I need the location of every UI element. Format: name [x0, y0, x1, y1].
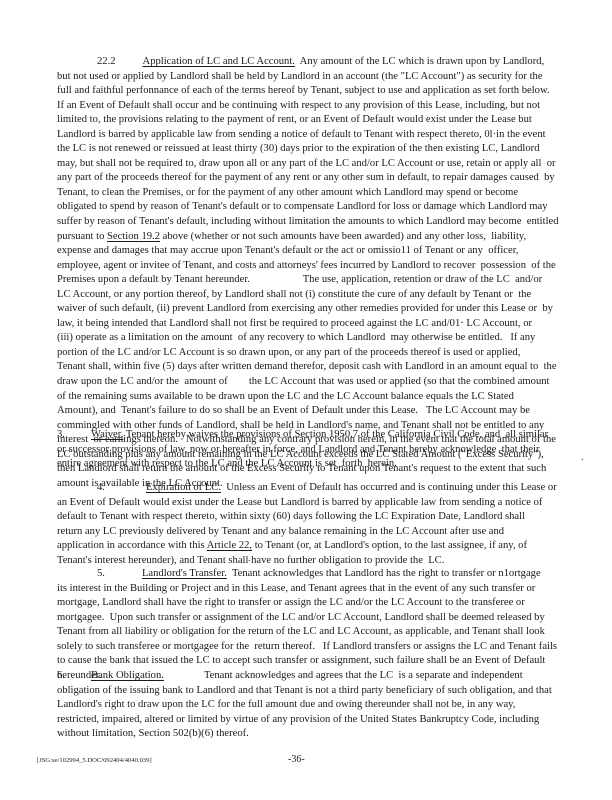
text-line: obligation of the issuing bank to Landlo…	[57, 684, 553, 699]
text-line: limited to, the provisions relating to t…	[57, 113, 553, 128]
text-line: application in accordance with this Arti…	[57, 539, 553, 554]
section-22-2: 22.2Application of LC and LC Account. An…	[57, 55, 553, 491]
text-line: without limitation, Section 502(b)(6) th…	[57, 727, 553, 742]
section-heading: Landlord's Transfer.	[142, 568, 227, 579]
text-line: mortgagee. Upon such transfer or assignm…	[57, 611, 553, 626]
section-heading: Bank Obligation.	[91, 670, 164, 681]
page-number: -36-	[288, 754, 305, 765]
stray-mark: .	[581, 452, 584, 463]
text-line: the LC is not renewed or reissued at lea…	[57, 142, 553, 157]
text-line: solely to such transferee or mortgagee f…	[57, 640, 553, 655]
text-line: but not used or applied by Landlord shal…	[57, 70, 553, 85]
text-line: or successor provisions of law, now or h…	[57, 443, 553, 458]
section-number: 4.	[97, 482, 105, 493]
text-line: entire agreement with respect to the LC …	[57, 457, 553, 472]
section-number: 5.	[97, 568, 105, 579]
text-line: Premises upon a default by Tenant hereun…	[57, 273, 553, 288]
text-line: Tenant from all liability or obligation …	[57, 625, 553, 640]
stray-mark: .	[248, 553, 251, 564]
text-line: Tenant, to clean the Premises, or for th…	[57, 186, 553, 201]
text-line: an Event of Default would exist under th…	[57, 496, 553, 511]
text-line: of the remaining sums available to be dr…	[57, 390, 553, 405]
text-line: law, it being intended that Landlord sha…	[57, 317, 553, 332]
text-line: expense and damages that may accrue upon…	[57, 244, 553, 259]
text-line: its interest in the Building or Project …	[57, 582, 553, 597]
section-heading: Application of LC and LC Account.	[143, 56, 295, 67]
section-4: 4.Expiration of LC. Unless an Event of D…	[57, 481, 553, 568]
text-line: portion of the LC and/or LC Account is s…	[57, 346, 553, 361]
text-line: may, but shall not be required to, draw …	[57, 157, 553, 172]
text-line: LC Account, or any portion thereof, by L…	[57, 288, 553, 303]
text-line: employee, agent or invitee of Tenant, an…	[57, 259, 553, 274]
text-line: suffer by reason of Tenant's default, in…	[57, 215, 553, 230]
section-heading: Expiration of LC.	[146, 482, 221, 493]
cross-reference: Section 19.2	[107, 231, 160, 242]
section-6: 6.Bank Obligation.Tenant acknowledges an…	[57, 669, 553, 742]
text-line: draw upon the LC and/or the amount of th…	[57, 375, 553, 390]
section-3: 3.Waiver. Tenant hereby waives the provi…	[57, 428, 553, 472]
section-heading: Waiver.	[91, 429, 123, 440]
text-line: pursuant to Section 19.2 above (whether …	[57, 230, 553, 245]
text-line: return any LC previously delivered by Te…	[57, 525, 553, 540]
text-line: any part of the proceeds thereof for the…	[57, 171, 553, 186]
text-line: Amount), and Tenant's failure to do so s…	[57, 404, 553, 419]
text-line: Tenant shall, within five (5) days after…	[57, 360, 553, 375]
section-number: 6.	[57, 670, 65, 681]
section-5: 5.Landlord's Transfer. Tenant acknowledg…	[57, 567, 553, 683]
text-line: If an Event of Default shall occur and b…	[57, 99, 553, 114]
text-line: Landlord is barred by applicable law fro…	[57, 128, 553, 143]
text-line: obligated to spend by reason of Tenant's…	[57, 200, 553, 215]
text-line: (iii) operate as a limitation on the amo…	[57, 331, 553, 346]
text-line: mortgage, Landlord shall have the right …	[57, 596, 553, 611]
section-number: 22.2	[97, 56, 116, 67]
text-line: restricted, impaired, altered or limited…	[57, 713, 553, 728]
text-line: default to Tenant with respect thereto, …	[57, 510, 553, 525]
text-line: full and faithful perfonnance of each of…	[57, 84, 553, 99]
text-line: waiver of such default, (ii) prevent Lan…	[57, 302, 553, 317]
text-line: to cause the bank that issued the LC to …	[57, 654, 553, 669]
text-line: Landlord's right to draw upon the LC for…	[57, 698, 553, 713]
cross-reference: Article 22,	[207, 540, 252, 551]
document-reference: [JSG:se/102994_5.DOC/092404/4040.039]	[37, 757, 152, 764]
section-number: 3.	[57, 429, 65, 440]
document-page: 22.2Application of LC and LC Account. An…	[0, 0, 612, 800]
